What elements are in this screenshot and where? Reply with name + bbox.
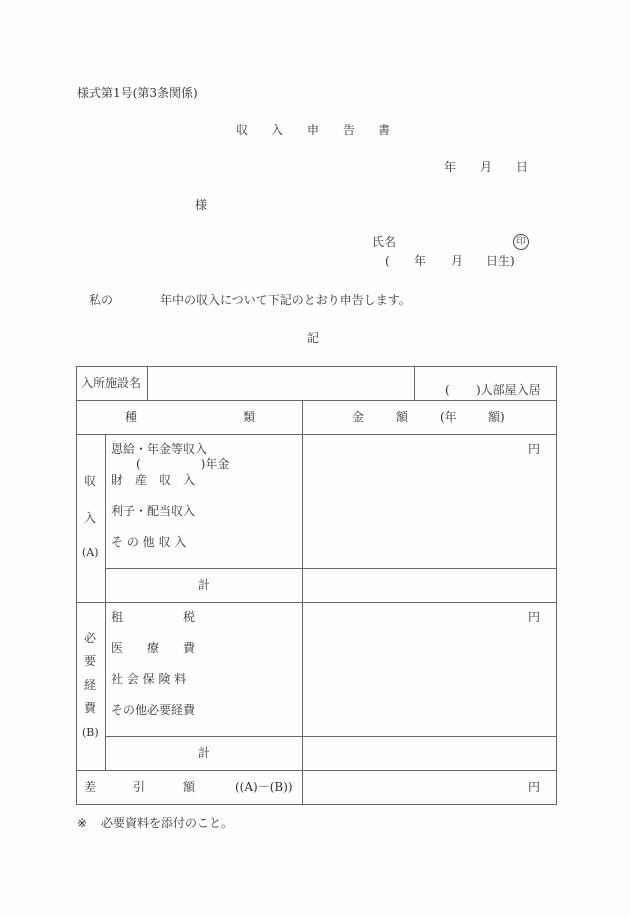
col-header-amount: 額 — [396, 410, 408, 424]
expense-item-medical: 費 — [183, 641, 195, 655]
col-header-type: 種 — [125, 410, 137, 424]
expense-item-insurance: 社 会 保 険 料 — [111, 672, 186, 686]
note-text: 必要資料を添付のこと。 — [101, 816, 233, 830]
date-year-label: 年 — [444, 160, 456, 174]
seal-icon: 印 — [513, 234, 529, 250]
statement-prefix: 私の — [89, 293, 113, 307]
expense-item-tax: 租 — [111, 610, 123, 624]
expense-item-other: その他必要経費 — [111, 703, 195, 717]
income-item-pension-type[interactable]: ( )年金 — [136, 457, 229, 471]
table-border — [556, 366, 557, 805]
expense-item-medical: 療 — [147, 641, 159, 655]
form-number: 様式第1号(第3条関係) — [77, 86, 198, 100]
income-subtotal-label: 計 — [198, 578, 210, 592]
room-suffix: )人部屋入居 — [476, 383, 541, 397]
income-item-other: そ の 他 収 入 — [111, 535, 186, 549]
difference-label: 額 — [183, 780, 195, 794]
room-type-field[interactable]: ( )人部屋入居 — [415, 367, 556, 400]
birth-open-paren: ( — [385, 254, 390, 268]
group-char: 費 — [84, 701, 96, 715]
table-border — [76, 804, 557, 805]
birth-year-label: 年 — [414, 254, 426, 268]
income-item-pension: 恩給・年金等収入 — [111, 442, 207, 456]
col-header-amount: (年 — [440, 410, 457, 424]
income-item-interest: 利子・配当収入 — [111, 504, 195, 518]
room-open-paren: ( — [445, 383, 450, 397]
group-char: 要 — [84, 654, 96, 668]
col-header-amount: 額) — [488, 410, 505, 424]
income-amount-field[interactable]: 円 — [303, 435, 556, 568]
title-char: 収 — [236, 123, 248, 137]
note-mark: ※ — [77, 816, 87, 830]
difference-label: 引 — [133, 780, 145, 794]
expense-item-medical: 医 — [111, 641, 123, 655]
group-char: (B) — [82, 726, 99, 740]
date-day-label: 日 — [516, 160, 528, 174]
yen-unit: 円 — [528, 610, 540, 624]
birth-day-label: 日生) — [486, 254, 515, 268]
title-char: 申 — [307, 123, 319, 137]
birth-month-label: 月 — [451, 254, 463, 268]
addressee-suffix: 様 — [195, 198, 207, 212]
title-char: 入 — [271, 123, 283, 137]
col-header-amount: 金 — [352, 410, 364, 424]
yen-unit: 円 — [528, 780, 540, 794]
group-char: (A) — [82, 546, 99, 560]
difference-label: 差 — [84, 780, 96, 794]
expenses-subtotal-label: 計 — [198, 746, 210, 760]
facility-label: 入所施設名 — [81, 376, 141, 390]
expense-item-tax: 税 — [183, 610, 195, 624]
group-char: 必 — [84, 631, 96, 645]
income-subtotal-field[interactable] — [303, 569, 556, 602]
facility-name-field[interactable] — [148, 367, 414, 400]
col-header-type: 類 — [243, 410, 255, 424]
group-char: 収 — [84, 474, 96, 488]
date-month-label: 月 — [480, 160, 492, 174]
group-char: 経 — [84, 678, 96, 692]
group-char: 入 — [84, 511, 96, 525]
income-item-property: 財 産 収 入 — [111, 473, 195, 487]
expenses-subtotal-field[interactable] — [303, 737, 556, 770]
statement-body: 年中の収入について下記のとおり申告します。 — [160, 293, 411, 307]
title-char: 告 — [343, 123, 355, 137]
difference-formula: ((A)－(B)) — [235, 780, 293, 794]
difference-amount-field[interactable]: 円 — [303, 771, 556, 804]
table-divider — [76, 400, 557, 401]
title-char: 書 — [378, 123, 390, 137]
expenses-amount-field[interactable]: 円 — [303, 603, 556, 736]
yen-unit: 円 — [528, 442, 540, 456]
table-border — [76, 366, 77, 805]
name-label: 氏名 — [372, 235, 396, 249]
ki-heading: 記 — [307, 331, 319, 345]
